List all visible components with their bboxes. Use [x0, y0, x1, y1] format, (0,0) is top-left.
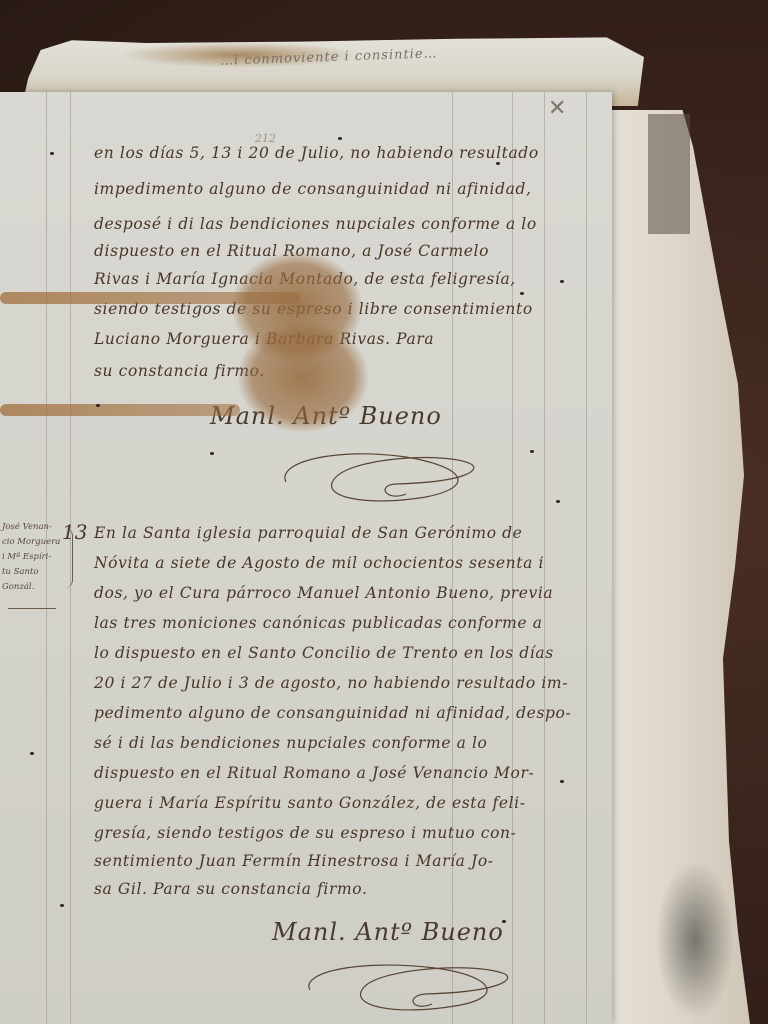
- register-page: 212 ✕ en los días 5, 13 i 20 de Julio, n…: [0, 92, 612, 1024]
- text-line: las tres moniciones canónicas publicadas…: [94, 614, 543, 632]
- worm-hole: [96, 404, 100, 407]
- dark-page-fragment: [648, 114, 690, 234]
- signature-flourish: [300, 954, 520, 1020]
- worm-hole: [496, 162, 500, 165]
- worm-hole: [338, 137, 342, 140]
- worm-hole: [502, 920, 506, 923]
- text-line: desposé i di las bendiciones nupciales c…: [94, 215, 537, 233]
- corner-cross-mark: ✕: [548, 96, 566, 121]
- worm-hole: [556, 500, 560, 503]
- text-line: lo dispuesto en el Santo Concilio de Tre…: [94, 644, 554, 662]
- water-stain: [0, 404, 240, 416]
- text-line: gresía, siendo testigos de su espreso i …: [94, 824, 516, 842]
- signature-flourish: [276, 442, 486, 512]
- text-line: 20 i 27 de Julio i 3 de agosto, no habie…: [94, 674, 568, 692]
- worm-hole: [50, 152, 54, 155]
- margin-note-line: i Mª Espíri-: [2, 550, 64, 565]
- ruling-line: [586, 92, 587, 1024]
- ruling-line: [544, 92, 545, 1024]
- entry-number: 13: [62, 520, 87, 544]
- text-line: En la Santa iglesia parroquial de San Ge…: [94, 524, 522, 542]
- mold-spots: [655, 860, 735, 1020]
- priest-signature: Manl. Antº Bueno: [272, 918, 504, 946]
- worm-hole: [60, 904, 64, 907]
- worm-hole: [560, 780, 564, 783]
- document-photo: …i conmoviente i consintie… 212 ✕ en los…: [0, 0, 768, 1024]
- text-line: dos, yo el Cura párroco Manuel Antonio B…: [94, 584, 553, 602]
- worm-hole: [560, 280, 564, 283]
- text-line: impedimento alguno de consanguinidad ni …: [94, 180, 531, 198]
- text-line: guera i María Espíritu santo González, d…: [94, 794, 526, 812]
- margin-note-line: José Venan-: [2, 520, 64, 535]
- margin-note: José Venan- cio Morguera i Mª Espíri- tu…: [2, 520, 64, 595]
- text-line: dispuesto en el Ritual Romano a José Ven…: [94, 764, 534, 782]
- text-line: Nóvita a siete de Agosto de mil ochocien…: [94, 554, 544, 572]
- stain-blob: [238, 322, 368, 432]
- worm-hole: [530, 450, 534, 453]
- margin-note-line: cio Morguera: [2, 535, 64, 550]
- text-line: pedimento alguno de consanguinidad ni af…: [94, 704, 571, 722]
- margin-rule: [8, 608, 56, 609]
- margin-note-line: tu Santo Gonzál.: [2, 565, 64, 595]
- text-line: sentimiento Juan Fermín Hinestrosa i Mar…: [94, 852, 494, 870]
- worm-hole: [30, 752, 34, 755]
- text-line: en los días 5, 13 i 20 de Julio, no habi…: [94, 144, 539, 162]
- text-line: sé i di las bendiciones nupciales confor…: [94, 734, 488, 752]
- worm-hole: [520, 292, 524, 295]
- text-line: sa Gil. Para su constancia firmo.: [94, 880, 367, 898]
- worm-hole: [210, 452, 214, 455]
